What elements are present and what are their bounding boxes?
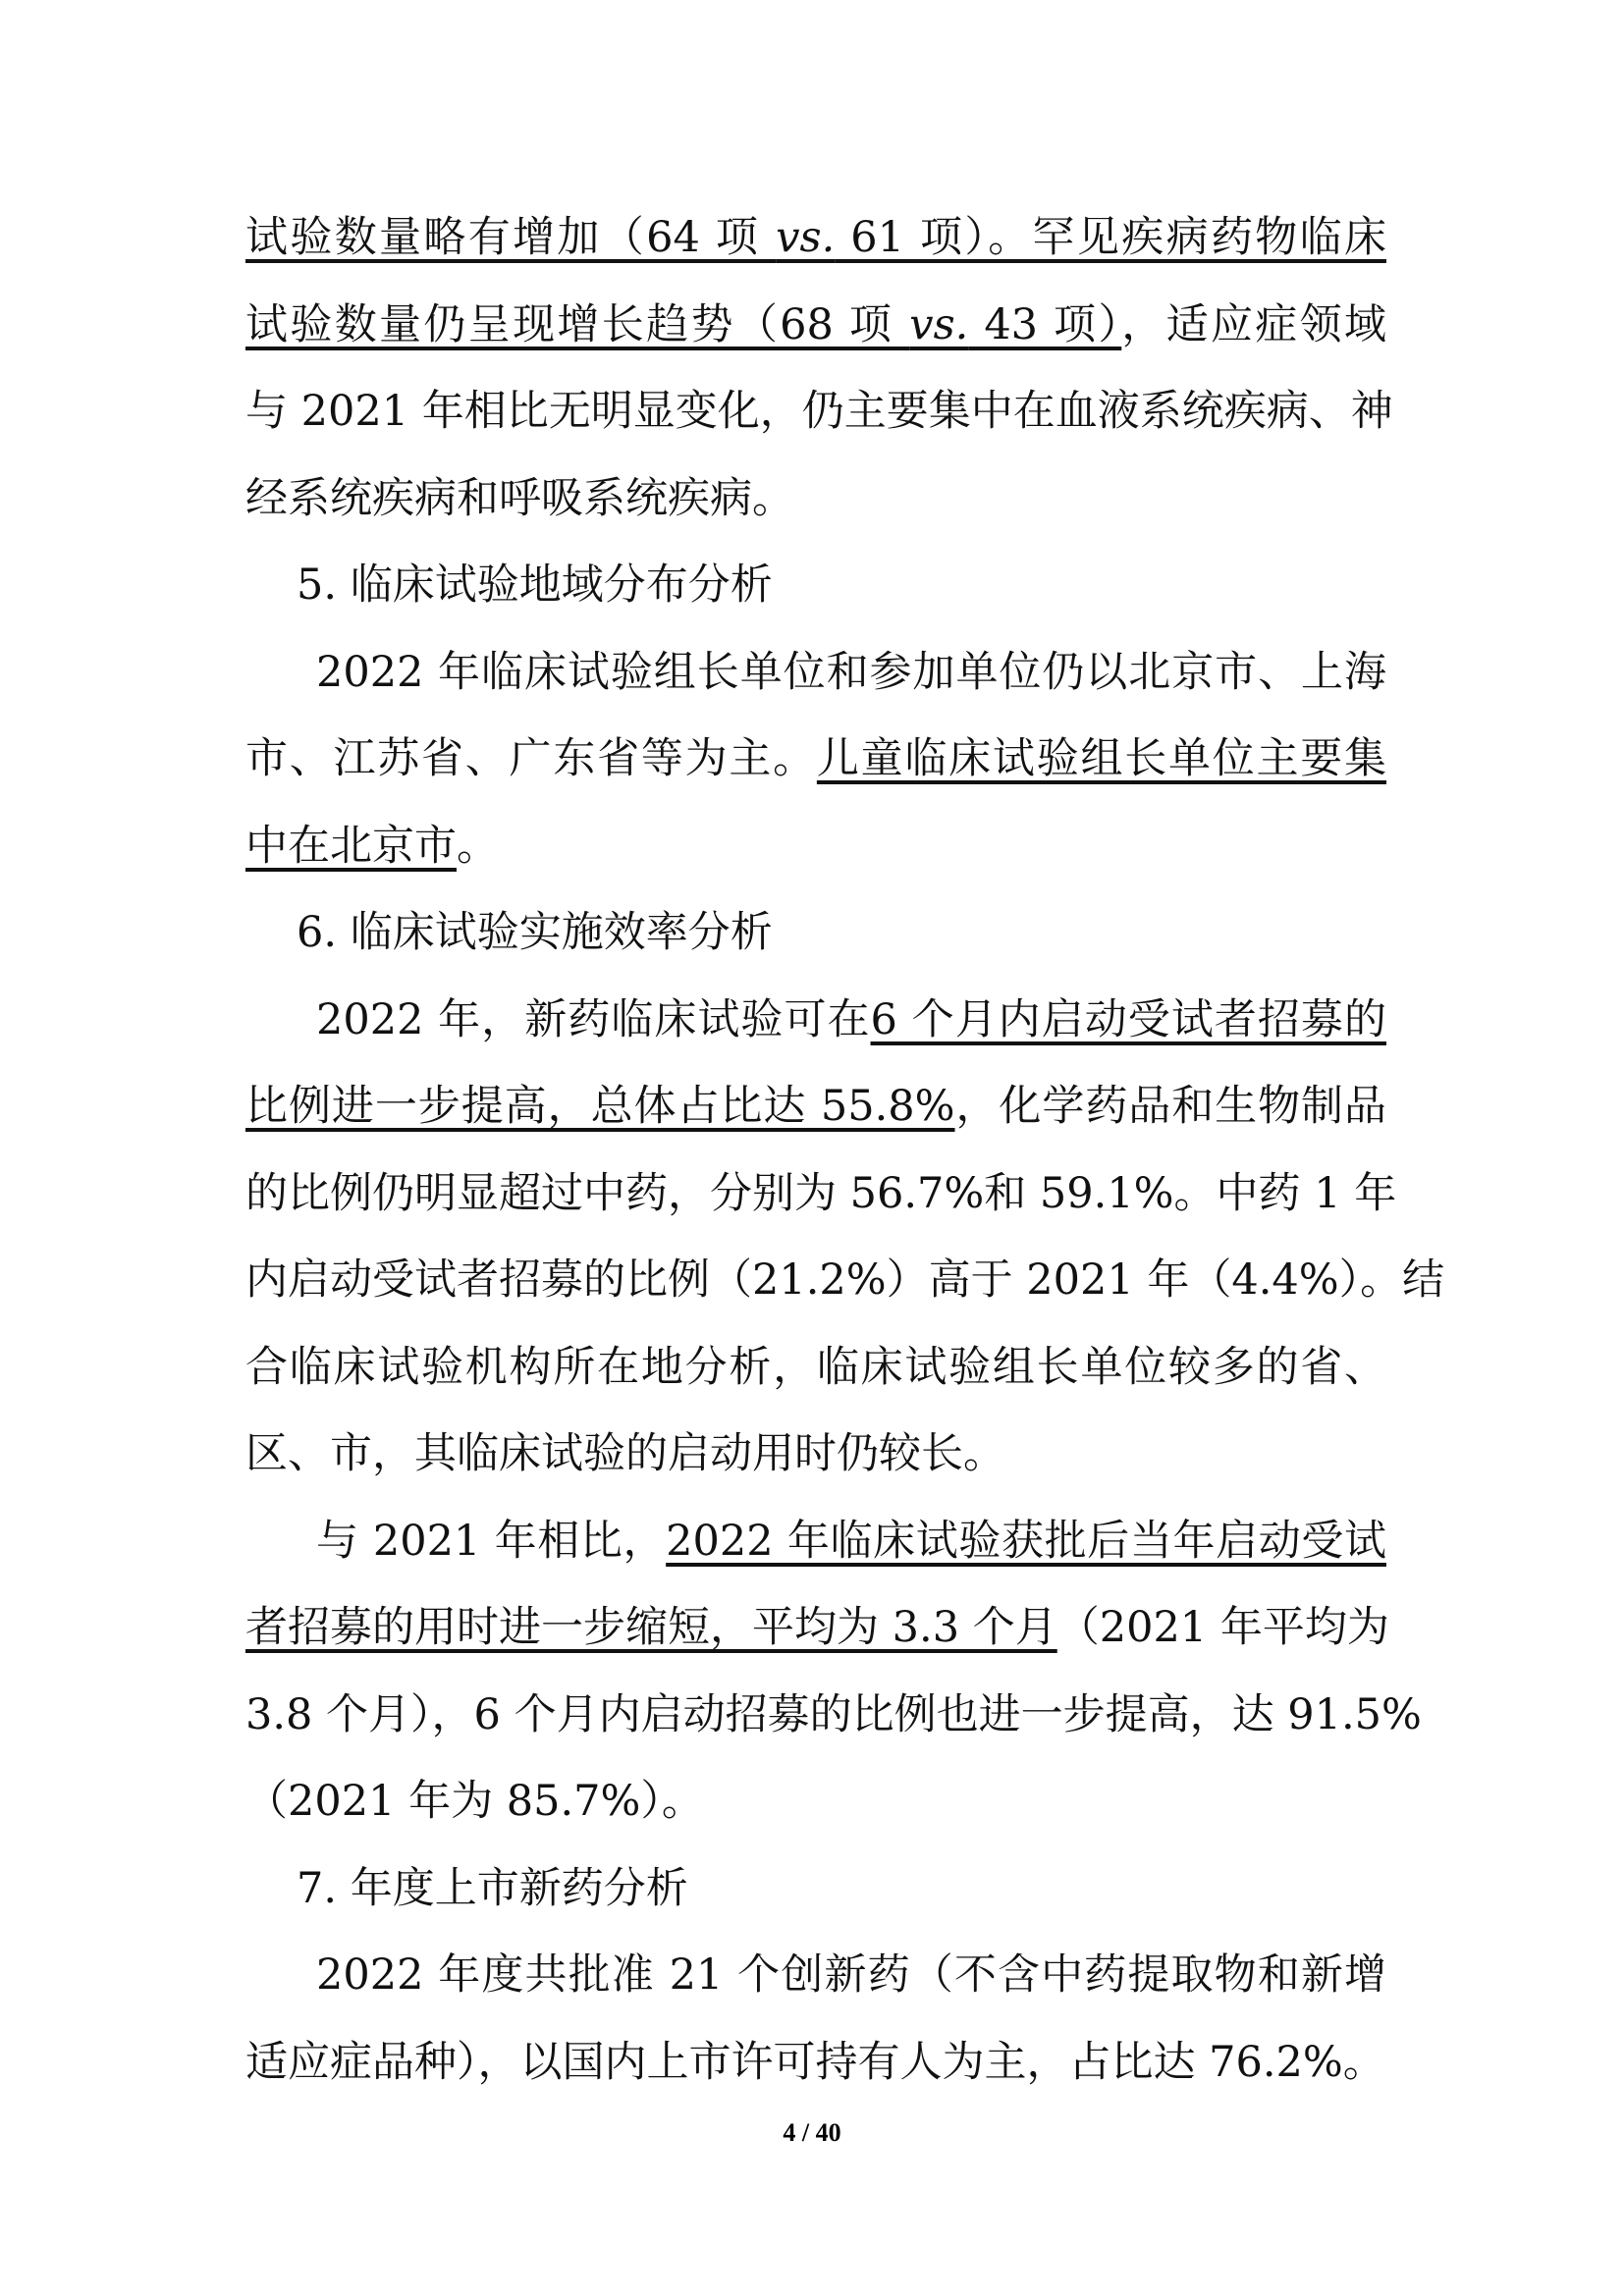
underlined-text: 中在北京市 xyxy=(245,822,457,871)
text-line: 适应症品种），以国内上市许可持有人为主，占比达 76.2%。 xyxy=(245,2033,1386,2092)
underlined-text: 6 个月内启动受试者招募的 xyxy=(871,995,1386,1044)
text-line: （2021 年为 85.7%）。 xyxy=(245,1772,1386,1831)
text-span: 合临床试验机构所在地分析，临床试验组长单位较多的省、 xyxy=(245,1343,1386,1392)
text-line: 比例进一步提高，总体占比达 55.8%，化学药品和生物制品 xyxy=(245,1077,1386,1136)
section-heading: 6. 临床试验实施效率分析 xyxy=(245,903,1386,962)
text-line: 2022 年临床试验组长单位和参加单位仍以北京市、上海 xyxy=(245,643,1386,702)
section-heading: 5. 临床试验地域分布分析 xyxy=(245,556,1386,614)
text-span: ，适应症领域 xyxy=(1121,300,1386,349)
text-line: 与 2021 年相比无明显变化，仍主要集中在血液系统疾病、神 xyxy=(245,382,1386,441)
section-heading: 7. 年度上市新药分析 xyxy=(245,1859,1386,1918)
underlined-text: 儿童临床试验组长单位主要集 xyxy=(817,734,1386,783)
text-span: 3.8 个月），6 个月内启动招募的比例也进一步提高，达 91.5% xyxy=(245,1690,1422,1739)
text-span: 。 xyxy=(457,822,499,871)
text-span: 内启动受试者招募的比例（21.2%）高于 2021 年（4.4%）。结 xyxy=(245,1255,1444,1305)
text-span: 区、市，其临床试验的启动用时仍较长。 xyxy=(245,1429,1005,1478)
text-span: 与 2021 年相比无明显变化，仍主要集中在血液系统疾病、神 xyxy=(245,387,1393,436)
page-number: 4 / 40 xyxy=(0,2118,1624,2148)
text-line: 经系统疾病和呼吸系统疾病。 xyxy=(245,469,1386,528)
text-line: 中在北京市。 xyxy=(245,817,1386,876)
underlined-text: 61 项）。罕见疾病药物临床 xyxy=(835,213,1386,262)
text-span: 2022 年度共批准 21 个创新药（不含中药提取物和新增 xyxy=(316,1950,1386,2000)
section-heading-text: 7. 年度上市新药分析 xyxy=(297,1864,688,1913)
text-span: 2022 年临床试验组长单位和参加单位仍以北京市、上海 xyxy=(316,648,1386,697)
section-heading-text: 6. 临床试验实施效率分析 xyxy=(297,908,773,957)
underlined-text: 试验数量仍呈现增长趋势（68 项 xyxy=(245,300,909,349)
text-span: （2021 年为 85.7%）。 xyxy=(245,1777,704,1826)
section-heading-text: 5. 临床试验地域分布分析 xyxy=(297,561,773,610)
text-span: 经系统疾病和呼吸系统疾病。 xyxy=(245,474,794,523)
underlined-text: 比例进一步提高，总体占比达 55.8% xyxy=(245,1082,955,1131)
text-span: 市、江苏省、广东省等为主。 xyxy=(245,734,817,783)
text-line: 区、市，其临床试验的启动用时仍较长。 xyxy=(245,1424,1386,1483)
underlined-text: 43 项） xyxy=(968,300,1121,349)
text-line: 合临床试验机构所在地分析，临床试验组长单位较多的省、 xyxy=(245,1338,1386,1397)
text-line: 的比例仍明显超过中药，分别为 56.7%和 59.1%。中药 1 年 xyxy=(245,1164,1386,1223)
text-span: 2022 年，新药临床试验可在 xyxy=(316,995,871,1044)
text-line: 2022 年，新药临床试验可在6 个月内启动受试者招募的 xyxy=(245,990,1386,1049)
text-line: 内启动受试者招募的比例（21.2%）高于 2021 年（4.4%）。结 xyxy=(245,1251,1386,1309)
text-span: 与 2021 年相比， xyxy=(316,1517,666,1566)
underlined-text: 者招募的用时进一步缩短，平均为 3.3 个月 xyxy=(245,1603,1057,1652)
text-span: ，化学药品和生物制品 xyxy=(955,1082,1386,1131)
underlined-text: vs. xyxy=(909,300,968,349)
text-line: 与 2021 年相比，2022 年临床试验获批后当年启动受试 xyxy=(245,1512,1386,1571)
text-span: 适应症品种），以国内上市许可持有人为主，占比达 76.2%。 xyxy=(245,2038,1385,2087)
text-line: 试验数量仍呈现增长趋势（68 项 vs. 43 项），适应症领域 xyxy=(245,295,1386,354)
text-line: 者招募的用时进一步缩短，平均为 3.3 个月（2021 年平均为 xyxy=(245,1598,1386,1657)
text-line: 市、江苏省、广东省等为主。儿童临床试验组长单位主要集 xyxy=(245,729,1386,788)
text-line: 试验数量略有增加（64 项 vs. 61 项）。罕见疾病药物临床 xyxy=(245,208,1386,267)
underlined-text: 2022 年临床试验获批后当年启动受试 xyxy=(666,1517,1386,1566)
underlined-text: 试验数量略有增加（64 项 xyxy=(245,213,776,262)
text-span: （2021 年平均为 xyxy=(1057,1603,1389,1652)
underlined-text: vs. xyxy=(776,213,835,262)
text-line: 3.8 个月），6 个月内启动招募的比例也进一步提高，达 91.5% xyxy=(245,1685,1386,1744)
text-span: 的比例仍明显超过中药，分别为 56.7%和 59.1%。中药 1 年 xyxy=(245,1169,1396,1218)
text-line: 2022 年度共批准 21 个创新药（不含中药提取物和新增 xyxy=(245,1946,1386,2004)
